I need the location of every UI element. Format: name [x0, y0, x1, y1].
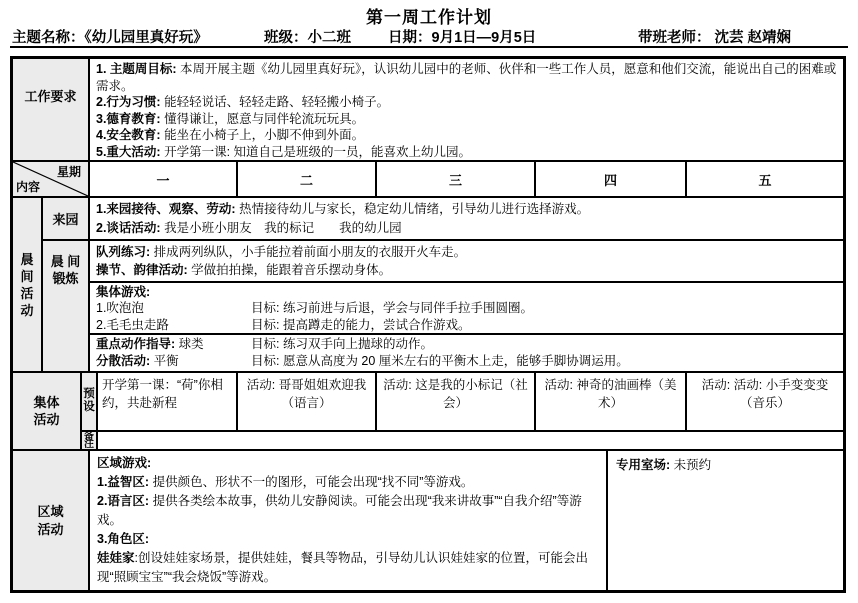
- note-row: 备 注: [82, 432, 843, 449]
- row-label-group-activities: 集体 活动: [13, 373, 82, 449]
- work-requirement-item: 3.德育教育: 懂得谦让，愿意与同伴轮流玩玩具。: [96, 111, 837, 128]
- work-requirements-content: 1. 主题周目标: 本周开展主题《幼儿园里真好玩》，认识幼儿园中的老师、伙伴和一…: [90, 59, 843, 160]
- date-range: 日期：9月1日—9月5日: [388, 26, 536, 47]
- area-item: 2.语言区: 提供各类绘本故事，供幼儿安静阅读。可能会出现“我来讲故事”“自我介…: [97, 492, 599, 530]
- arrival-content: 1.来园接待、观察、劳动: 热情接待幼儿与家长，稳定幼儿情绪，引导幼儿进行选择游…: [90, 198, 843, 239]
- area-item: 娃娃家:创设娃娃家场景，提供娃娃，餐具等物品，引导幼儿认识娃娃家的位置，可能会出…: [97, 549, 599, 587]
- row-label-work-requirements: 工作要求: [13, 59, 90, 160]
- document-header-line: 主题名称：《幼儿园里真好玩》 班级：小二班 日期：9月1日—9月5日 带班老师：…: [10, 24, 848, 48]
- focus-section: 重点动作指导: 球类目标: 练习双手向上抛球的动作。 分散活动: 平衡目标: 愿…: [90, 335, 843, 371]
- work-requirement-item: 1. 主题周目标: 本周开展主题《幼儿园里真好玩》，认识幼儿园中的老师、伙伴和一…: [96, 61, 837, 94]
- arrival-item: 2.谈话活动: 我是小班小朋友 我的标记 我的幼儿园: [96, 219, 837, 238]
- work-requirements-row: 工作要求 1. 主题周目标: 本周开展主题《幼儿园里真好玩》，认识幼儿园中的老师…: [13, 59, 843, 162]
- focus-item: 分散活动: 平衡目标: 愿意从高度为 20 厘米左右的平衡木上走，能够手脚协调运…: [96, 353, 837, 370]
- work-requirement-item: 5.重大活动: 开学第一课: 知道自己是班级的一员，能喜欢上幼儿园。: [96, 144, 837, 161]
- special-room-cell: 专用室场: 未预约: [608, 451, 843, 590]
- note-cell: [98, 432, 843, 449]
- row-label-preset: 预 设: [82, 373, 98, 430]
- row-label-area-activities: 区域 活动: [13, 451, 90, 590]
- area-item: 1.益智区: 提供颜色、形状不一的图形，可能会出现“找不同”等游戏。: [97, 473, 599, 492]
- area-item: 3.角色区:: [97, 530, 599, 549]
- corner-week-label: 星期: [57, 163, 81, 180]
- preset-cell-mon: 开学第一课：“荷”你相约，共赴新程: [98, 373, 238, 430]
- row-label-morning-activities: 晨 间 活 动: [13, 198, 43, 371]
- day-header-wed: 三: [377, 162, 536, 196]
- row-label-arrival: 来园: [43, 198, 90, 239]
- group-games-title: 集体游戏:: [96, 284, 837, 300]
- arrival-row: 来园 1.来园接待、观察、劳动: 热情接待幼儿与家长，稳定幼儿情绪，引导幼儿进行…: [43, 198, 843, 241]
- area-activities-row: 区域 活动 区域游戏: 1.益智区: 提供颜色、形状不一的图形，可能会出现“找不…: [13, 451, 843, 590]
- game-goal: 目标: 练习前进与后退，学会与同伴手拉手围圆圈。: [251, 301, 533, 315]
- teacher-names: 带班老师： 沈芸 赵靖娴: [638, 26, 791, 47]
- plan-table: 工作要求 1. 主题周目标: 本周开展主题《幼儿园里真好玩》，认识幼儿园中的老师…: [10, 56, 846, 593]
- day-header-thu: 四: [536, 162, 687, 196]
- weekly-plan-document: 第一周工作计划 主题名称：《幼儿园里真好玩》 班级：小二班 日期：9月1日—9月…: [0, 0, 858, 603]
- game-goal: 目标: 提高蹲走的能力，尝试合作游戏。: [251, 318, 470, 332]
- drill-item: 操节、韵律活动: 学做拍拍操，能跟着音乐摆动身体。: [96, 261, 837, 279]
- day-header-fri: 五: [687, 162, 843, 196]
- drill-item: 队列练习: 排成两列纵队，小手能拉着前面小朋友的衣服开火车走。: [96, 243, 837, 261]
- preset-cell-wed: 活动: 这是我的小标记（社会）: [377, 373, 536, 430]
- day-header-mon: 一: [90, 162, 238, 196]
- corner-cell: 星期 内容: [13, 162, 90, 196]
- preset-cell-fri: 活动: 活动: 小手变变变（音乐）: [687, 373, 843, 430]
- work-requirement-item: 2.行为习惯: 能轻轻说话、轻轻走路、轻轻搬小椅子。: [96, 94, 837, 111]
- preset-cell-tue: 活动: 哥哥姐姐欢迎我（语言）: [238, 373, 377, 430]
- morning-exercise-row: 晨 间 锻炼 队列练习: 排成两列纵队，小手能拉着前面小朋友的衣服开火车走。 操…: [43, 241, 843, 371]
- theme-name: 主题名称：《幼儿园里真好玩》: [12, 26, 208, 47]
- row-label-morning-exercise: 晨 间 锻炼: [43, 241, 90, 371]
- area-item: 区域游戏:: [97, 454, 599, 473]
- preset-cell-thu: 活动: 神奇的油画棒（美术）: [536, 373, 687, 430]
- arrival-item: 1.来园接待、观察、劳动: 热情接待幼儿与家长，稳定幼儿情绪，引导幼儿进行选择游…: [96, 200, 837, 219]
- work-requirement-item: 4.安全教育: 能坐在小椅子上，小脚不伸到外面。: [96, 127, 837, 144]
- week-header-row: 星期 内容 一 二 三 四 五: [13, 162, 843, 198]
- focus-goal: 目标: 愿意从高度为 20 厘米左右的平衡木上走，能够手脚协调运用。: [251, 354, 629, 368]
- focus-goal: 目标: 练习双手向上抛球的动作。: [251, 337, 433, 351]
- game-name: 2.毛毛虫走路: [96, 317, 251, 333]
- class-name: 班级：小二班: [264, 26, 351, 47]
- preset-row: 预 设 开学第一课：“荷”你相约，共赴新程 活动: 哥哥姐姐欢迎我（语言） 活动…: [82, 373, 843, 432]
- focus-item: 重点动作指导: 球类目标: 练习双手向上抛球的动作。: [96, 336, 837, 353]
- morning-activities-band: 晨 间 活 动 来园 1.来园接待、观察、劳动: 热情接待幼儿与家长，稳定幼儿情…: [13, 198, 843, 373]
- day-header-tue: 二: [238, 162, 377, 196]
- row-label-note: 备 注: [82, 432, 98, 449]
- game-name: 1.吹泡泡: [96, 300, 251, 316]
- game-item: 1.吹泡泡目标: 练习前进与后退，学会与同伴手拉手围圆圈。: [96, 300, 837, 316]
- group-activities-row: 集体 活动 预 设 开学第一课：“荷”你相约，共赴新程 活动: 哥哥姐姐欢迎我（…: [13, 373, 843, 451]
- game-item: 2.毛毛虫走路目标: 提高蹲走的能力，尝试合作游戏。: [96, 317, 837, 333]
- area-activities-content: 区域游戏: 1.益智区: 提供颜色、形状不一的图形，可能会出现“找不同”等游戏。…: [90, 451, 608, 590]
- corner-content-label: 内容: [16, 178, 40, 195]
- group-games-section: 集体游戏: 1.吹泡泡目标: 练习前进与后退，学会与同伴手拉手围圆圈。 2.毛毛…: [90, 283, 843, 335]
- drill-section: 队列练习: 排成两列纵队，小手能拉着前面小朋友的衣服开火车走。 操节、韵律活动:…: [90, 241, 843, 283]
